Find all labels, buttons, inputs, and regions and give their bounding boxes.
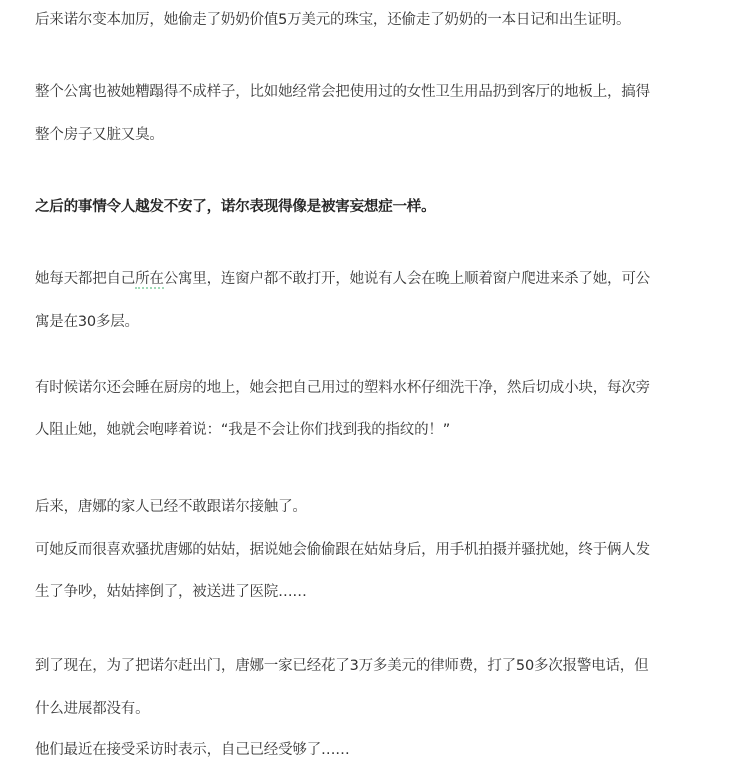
paragraph-family-avoids: 后来，唐娜的家人已经不敢跟诺尔接触了。 <box>35 497 307 517</box>
paragraph-window-fear-line2: 寓是在30多层。 <box>35 312 139 332</box>
paragraph-jewelry-theft: 后来诺尔变本加厉，她偷走了奶奶价值5万美元的珠宝，还偷走了奶奶的一本日记和出生证… <box>35 10 630 30</box>
paragraph-paranoia-heading: 之后的事情令人越发不安了，诺尔表现得像是被害妄想症一样。 <box>35 197 435 217</box>
highlighted-text: 所在 <box>135 271 164 289</box>
paragraph-aunt-harassment-line1: 可她反而很喜欢骚扰唐娜的姑姑，据说她会偷偷跟在姑姑身后，用手机拍摄并骚扰她，终于… <box>35 540 650 560</box>
text-segment: 公寓里，连窗户都不敢打开，她说有人会在晚上顺着窗户爬进来杀了她，可公 <box>164 271 650 287</box>
paragraph-fingerprints-line1: 有时候诺尔还会睡在厨房的地上，她会把自己用过的塑料水杯仔细洗干净，然后切成小块，… <box>35 378 650 398</box>
paragraph-legal-fees-line1: 到了现在，为了把诺尔赶出门，唐娜一家已经花了3万多美元的律师费，打了50多次报警… <box>35 656 648 676</box>
paragraph-apartment-mess-line2: 整个房子又脏又臭。 <box>35 125 164 145</box>
paragraph-fed-up: 他们最近在接受采访时表示，自己已经受够了…… <box>35 740 350 760</box>
paragraph-apartment-mess-line1: 整个公寓也被她糟蹋得不成样子，比如她经常会把使用过的女性卫生用品扔到客厅的地板上… <box>35 82 650 102</box>
paragraph-aunt-harassment-line2: 生了争吵，姑姑摔倒了，被送进了医院…… <box>35 582 307 602</box>
paragraph-legal-fees-line2: 什么进展都没有。 <box>35 699 149 719</box>
paragraph-window-fear-line1: 她每天都把自己所在公寓里，连窗户都不敢打开，她说有人会在晚上顺着窗户爬进来杀了她… <box>35 269 650 289</box>
paragraph-fingerprints-line2: 人阻止她，她就会咆哮着说：“我是不会让你们找到我的指纹的！” <box>35 420 450 440</box>
text-segment: 她每天都把自己 <box>35 271 135 287</box>
